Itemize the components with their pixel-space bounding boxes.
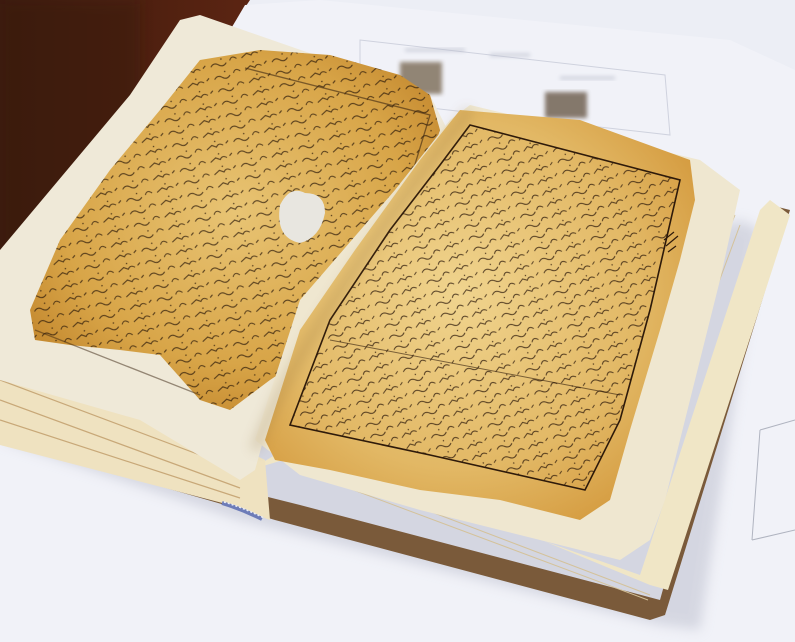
photo-scene	[0, 0, 795, 642]
manuscript-photo	[0, 0, 795, 642]
thumbnail-photo-2	[545, 92, 587, 118]
